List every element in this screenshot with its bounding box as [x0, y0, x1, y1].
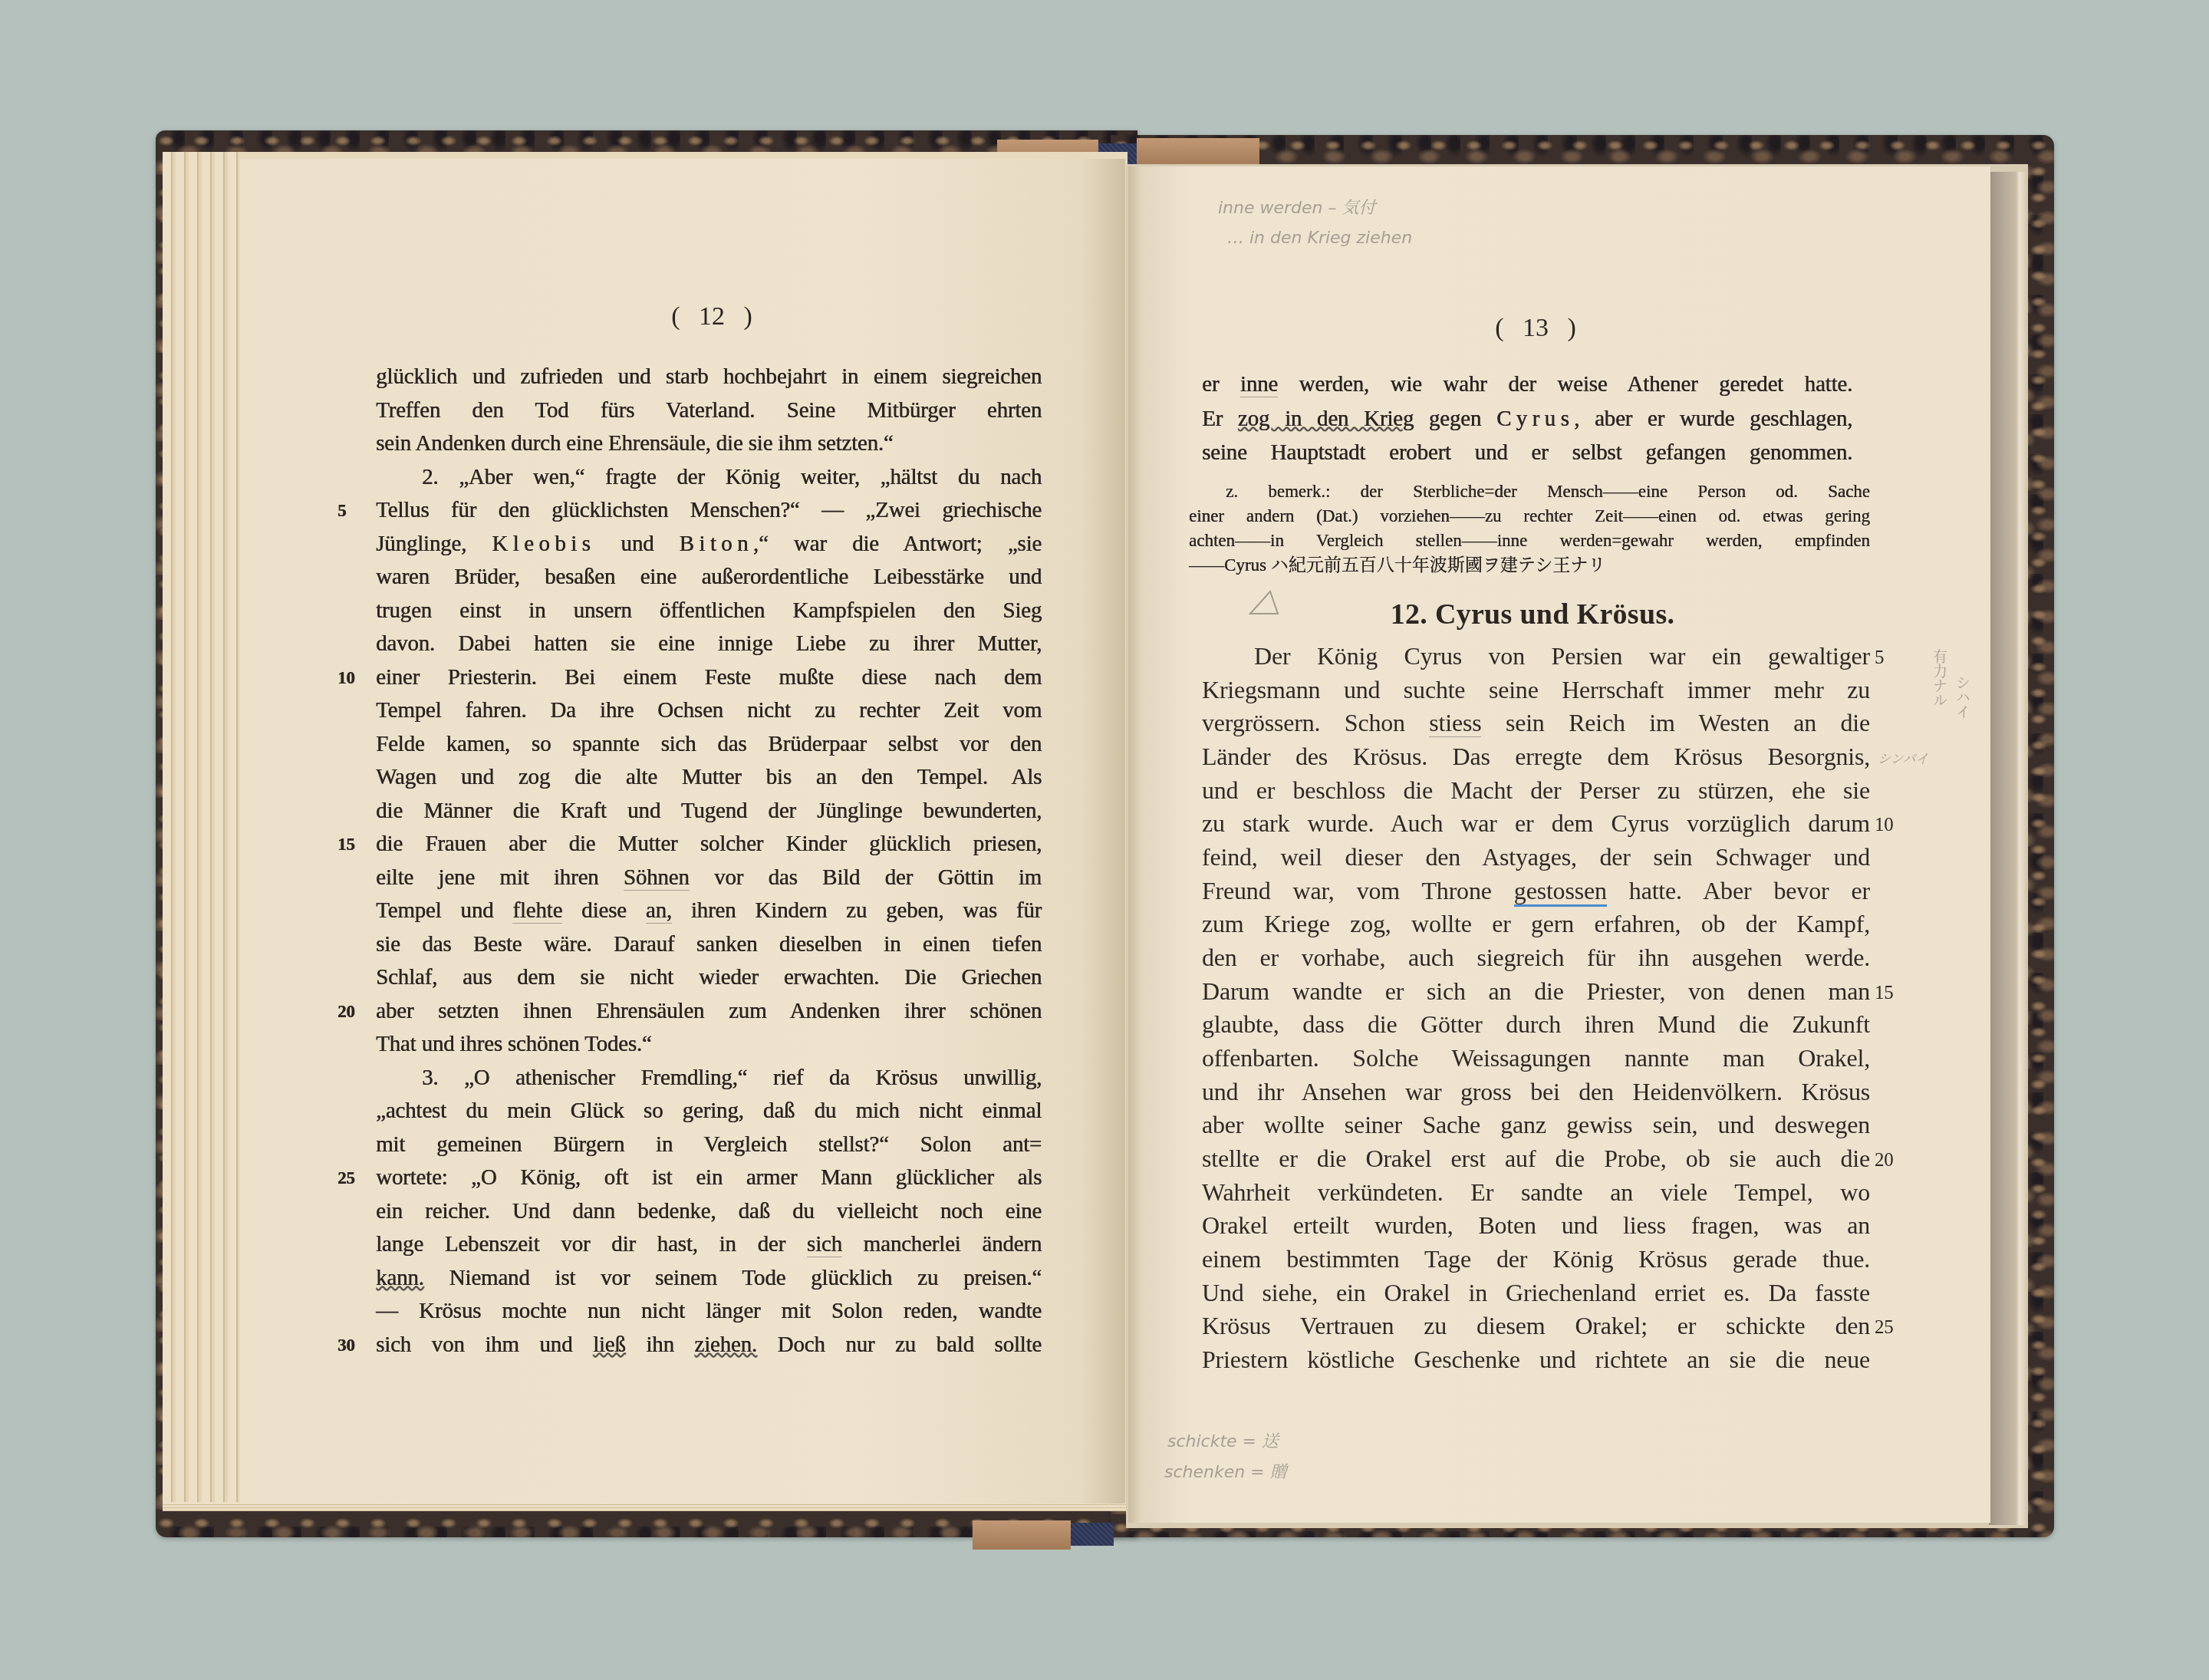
- line-text: Orakel erteilt wurden, Boten und liess f…: [1202, 1211, 1870, 1239]
- left-page-text: glücklich und zufrieden und starb hochbe…: [376, 361, 1042, 1362]
- text-line: Länder des Krösus. Das erregte dem Krösu…: [1202, 740, 1870, 774]
- line-text: Freund war, vom Throne gestossen hatte. …: [1202, 877, 1870, 907]
- text-line: Tempel und flehte diese an, ihren Kinder…: [376, 894, 1042, 928]
- line-text: vergrössern. Schon stiess sein Reich im …: [1202, 709, 1870, 737]
- line-text: lange Lebenszeit vor dir hast, in der si…: [376, 1232, 1042, 1257]
- marked-word: Cyrus: [1496, 407, 1574, 431]
- page-edges-right: [1989, 172, 2027, 1525]
- line-text: Und siehe, ein Orakel in Griechenland er…: [1202, 1279, 1870, 1306]
- line-text: aber setzten ihnen Ehrensäulen zum Anden…: [376, 999, 1042, 1023]
- marked-word: gestossen: [1514, 877, 1607, 907]
- line-text: zu stark wurde. Auch war er dem Cyrus vo…: [1202, 809, 1870, 837]
- text-line: und er beschloss die Macht der Perser zu…: [1202, 774, 1870, 808]
- text-line: achten——in Vergleich stellen——inne werde…: [1189, 529, 1870, 553]
- line-text: stellte er die Orakel erst auf die Probe…: [1202, 1145, 1870, 1172]
- text-line: seine Hauptstadt erobert und er selbst g…: [1202, 436, 1852, 470]
- pencil-note: inne werden – 気付: [1218, 195, 1376, 219]
- line-text: den er vorhabe, auch siegreich für ihn a…: [1202, 944, 1870, 971]
- pencil-margin-note: シンパイ: [1878, 748, 1928, 767]
- marked-word: Biton: [679, 532, 752, 556]
- text-line: ——Cyrus ハ紀元前五百八十年波斯國ヲ建テシ王ナリ: [1189, 553, 1870, 578]
- marked-word: flehte: [512, 898, 562, 924]
- text-line: glaubte, dass die Götter durch ihren Mun…: [1202, 1008, 1870, 1042]
- text-line: 20aber setzten ihnen Ehrensäulen zum And…: [376, 995, 1042, 1029]
- line-text: That und ihres schönen Todes.“: [376, 1032, 652, 1056]
- line-text: die Männer die Kraft und Tugend der Jüng…: [376, 799, 1042, 823]
- line-number: 5: [337, 494, 368, 528]
- line-text: Wahrheit verkündeten. Er sandte an viele…: [1202, 1178, 1870, 1206]
- text-line: vergrössern. Schon stiess sein Reich im …: [1202, 707, 1870, 740]
- line-text: 3. „O athenischer Fremdling,“ rief da Kr…: [422, 1066, 1042, 1090]
- text-line: waren Brüder, besaßen eine außerordentli…: [376, 561, 1042, 595]
- page-edges-left: [163, 152, 239, 1511]
- text-line: den er vorhabe, auch siegreich für ihn a…: [1202, 941, 1870, 975]
- text-line: einer andern (Dat.) vorziehen——zu rechte…: [1189, 504, 1870, 529]
- line-text: mit gemeinen Bürgern in Vergleich stells…: [376, 1132, 1042, 1157]
- line-number: 15: [1875, 977, 1898, 1010]
- marked-word: Söhnen: [624, 865, 690, 891]
- line-text: er inne werden, wie wahr der weise Athen…: [1202, 372, 1852, 397]
- marked-word: zog in den Krieg: [1238, 407, 1414, 431]
- line-text: Priestern köstliche Geschenke und richte…: [1202, 1346, 1870, 1373]
- line-text: glaubte, dass die Götter durch ihren Mun…: [1202, 1010, 1870, 1038]
- text-line: aber wollte seiner Sache ganz gewiss sei…: [1202, 1108, 1870, 1142]
- line-text: Jünglinge, Kleobis und Biton,“ war die A…: [376, 532, 1042, 556]
- pencil-note: schickte = 送: [1167, 1428, 1279, 1452]
- marked-word: Kleobis: [492, 532, 595, 556]
- line-text: achten——in Vergleich stellen——inne werde…: [1189, 531, 1870, 550]
- text-line: lange Lebenszeit vor dir hast, in der si…: [376, 1228, 1042, 1262]
- spine-cloth-top-right: [1137, 138, 1259, 167]
- text-line: und ihr Ansehen war gross bei den Heiden…: [1202, 1076, 1870, 1109]
- line-text: sein Andenken durch eine Ehrensäule, die…: [376, 431, 894, 456]
- text-line: 10einer Priesterin. Bei einem Feste mußt…: [376, 661, 1042, 695]
- line-number: 10: [337, 661, 368, 695]
- text-line: offenbarten. Solche Weissagungen nannte …: [1202, 1042, 1870, 1076]
- text-line: kann. Niemand ist vor seinem Tode glückl…: [376, 1262, 1042, 1296]
- line-text: „achtest du mein Glück so gering, daß du…: [376, 1099, 1042, 1123]
- spine-cloth-bottom-left: [973, 1520, 1071, 1550]
- line-text: aber wollte seiner Sache ganz gewiss sei…: [1202, 1111, 1870, 1138]
- pencil-note: schenken = 贈: [1164, 1459, 1287, 1483]
- line-text: Schlaf, aus dem sie nicht wieder erwacht…: [376, 965, 1042, 990]
- text-line: einem bestimmten Tage der König Krösus g…: [1202, 1243, 1870, 1276]
- line-text: Er zog in den Krieg gegen Cyrus, aber er…: [1202, 407, 1852, 431]
- line-text: ——Cyrus ハ紀元前五百八十年波斯國ヲ建テシ王ナリ: [1189, 555, 1605, 575]
- text-line: Kriegsmann und suchte seine Herrschaft i…: [1202, 674, 1870, 707]
- text-line: Treffen den Tod fürs Vaterland. Seine Mi…: [376, 394, 1042, 428]
- line-text: Tempel und flehte diese an, ihren Kinder…: [376, 898, 1042, 924]
- text-line: — Krösus mochte nun nicht länger mit Sol…: [376, 1295, 1042, 1329]
- pencil-margin-note: シハイ: [1952, 675, 1973, 719]
- text-line: „achtest du mein Glück so gering, daß du…: [376, 1095, 1042, 1128]
- text-line: 10zu stark wurde. Auch war er dem Cyrus …: [1202, 807, 1870, 841]
- line-number: 20: [1875, 1144, 1898, 1178]
- text-line: mit gemeinen Bürgern in Vergleich stells…: [376, 1128, 1042, 1162]
- line-text: sich von ihm und ließ ihn ziehen. Doch n…: [376, 1332, 1042, 1357]
- line-number: 15: [337, 828, 368, 861]
- text-line: 2. „Aber wen,“ fragte der König weiter, …: [376, 461, 1042, 495]
- text-line: davon. Dabei hatten sie eine innige Lieb…: [376, 628, 1042, 661]
- marked-word: ließ: [593, 1332, 626, 1357]
- line-text: zum Kriege zog, wollte er gern erfahren,…: [1202, 910, 1870, 937]
- pencil-margin-note: 有力ナル: [1929, 649, 1950, 707]
- text-line: Orakel erteilt wurden, Boten und liess f…: [1202, 1209, 1870, 1243]
- text-line: ein reicher. Und dann bedenke, daß du vi…: [376, 1195, 1042, 1229]
- text-line: er inne werden, wie wahr der weise Athen…: [1202, 367, 1852, 402]
- line-text: Treffen den Tod fürs Vaterland. Seine Mi…: [376, 398, 1042, 423]
- text-line: 20stellte er die Orakel erst auf die Pro…: [1202, 1142, 1870, 1176]
- line-text: — Krösus mochte nun nicht länger mit Sol…: [376, 1299, 1042, 1323]
- page-number-12: ( 12 ): [635, 299, 788, 334]
- text-line: Wahrheit verkündeten. Er sandte an viele…: [1202, 1176, 1870, 1210]
- line-text: einer Priesterin. Bei einem Feste mußte …: [376, 665, 1042, 690]
- line-text: Kriegsmann und suchte seine Herrschaft i…: [1202, 676, 1870, 703]
- line-text: Der König Cyrus von Persien war ein gewa…: [1254, 642, 1870, 670]
- page-number-13: ( 13 ): [1459, 311, 1612, 346]
- right-page-body: 5Der König Cyrus von Persien war ein gew…: [1202, 640, 1870, 1377]
- vocabulary-notes: z. bemerk.: der Sterbliche=der Mensch——e…: [1189, 479, 1870, 578]
- line-text: kann. Niemand ist vor seinem Tode glückl…: [376, 1266, 1042, 1290]
- line-number: 10: [1875, 809, 1898, 842]
- text-line: 30sich von ihm und ließ ihn ziehen. Doch…: [376, 1329, 1042, 1362]
- line-text: z. bemerk.: der Sterbliche=der Mensch——e…: [1226, 482, 1870, 501]
- line-text: Felde kamen, so spannte sich das Brüderp…: [376, 732, 1042, 756]
- text-line: trugen einst in unsern öffentlichen Kamp…: [376, 595, 1042, 628]
- line-text: wortete: „O König, oft ist ein armer Man…: [376, 1165, 1042, 1190]
- text-line: Wagen und zog die alte Mutter bis an den…: [376, 761, 1042, 795]
- text-line: zum Kriege zog, wollte er gern erfahren,…: [1202, 908, 1870, 941]
- line-text: seine Hauptstadt erobert und er selbst g…: [1202, 440, 1852, 465]
- text-line: 25wortete: „O König, oft ist ein armer M…: [376, 1161, 1042, 1195]
- line-text: 2. „Aber wen,“ fragte der König weiter, …: [422, 465, 1042, 489]
- text-line: Und siehe, ein Orakel in Griechenland er…: [1202, 1276, 1870, 1310]
- line-text: Tellus für den glücklichsten Menschen?“ …: [376, 498, 1042, 522]
- marked-word: ziehen.: [694, 1332, 757, 1357]
- text-line: sein Andenken durch eine Ehrensäule, die…: [376, 427, 1042, 461]
- text-line: eilte jene mit ihren Söhnen vor das Bild…: [376, 861, 1042, 895]
- line-text: und ihr Ansehen war gross bei den Heiden…: [1202, 1078, 1870, 1105]
- text-line: 25Krösus Vertrauen zu diesem Orakel; er …: [1202, 1309, 1870, 1343]
- right-page-continuation: er inne werden, wie wahr der weise Athen…: [1202, 367, 1852, 470]
- text-line: Tempel fahren. Da ihre Ochsen nicht zu r…: [376, 694, 1042, 728]
- line-text: Tempel fahren. Da ihre Ochsen nicht zu r…: [376, 698, 1042, 723]
- text-line: That und ihres schönen Todes.“: [376, 1028, 1042, 1062]
- text-line: 15die Frauen aber die Mutter solcher Kin…: [376, 828, 1042, 861]
- text-line: die Männer die Kraft und Tugend der Jüng…: [376, 795, 1042, 828]
- line-number: 30: [337, 1329, 368, 1362]
- line-number: 20: [337, 995, 368, 1029]
- line-text: waren Brüder, besaßen eine außerordentli…: [376, 565, 1042, 589]
- line-text: und er beschloss die Macht der Perser zu…: [1202, 776, 1870, 804]
- text-line: Schlaf, aus dem sie nicht wieder erwacht…: [376, 961, 1042, 995]
- pencil-note: … in den Krieg ziehen: [1227, 229, 1412, 248]
- line-text: trugen einst in unsern öffentlichen Kamp…: [376, 598, 1042, 623]
- line-text: offenbarten. Solche Weissagungen nannte …: [1202, 1044, 1870, 1072]
- line-text: Länder des Krösus. Das erregte dem Krösu…: [1202, 743, 1870, 770]
- text-line: Freund war, vom Throne gestossen hatte. …: [1202, 875, 1870, 908]
- text-line: sie das Beste wäre. Darauf sanken diesel…: [376, 928, 1042, 962]
- text-line: Er zog in den Krieg gegen Cyrus, aber er…: [1202, 402, 1852, 436]
- marked-word: kann.: [376, 1266, 424, 1290]
- text-line: feind, weil dieser den Astyages, der sei…: [1202, 841, 1870, 875]
- line-number: 25: [1875, 1311, 1898, 1345]
- text-line: glücklich und zufrieden und starb hochbe…: [376, 361, 1042, 394]
- line-text: eilte jene mit ihren Söhnen vor das Bild…: [376, 865, 1042, 891]
- text-line: 15Darum wandte er sich an die Priester, …: [1202, 975, 1870, 1009]
- line-text: Krösus Vertrauen zu diesem Orakel; er sc…: [1202, 1312, 1870, 1339]
- line-text: Darum wandte er sich an die Priester, vo…: [1202, 977, 1870, 1005]
- text-line: 5Der König Cyrus von Persien war ein gew…: [1202, 640, 1870, 674]
- line-text: glücklich und zufrieden und starb hochbe…: [376, 364, 1042, 389]
- line-text: einer andern (Dat.) vorziehen——zu rechte…: [1189, 506, 1870, 525]
- text-line: 3. „O athenischer Fremdling,“ rief da Kr…: [376, 1062, 1042, 1095]
- marked-word: inne: [1240, 372, 1278, 397]
- text-line: 5Tellus für den glücklichsten Menschen?“…: [376, 494, 1042, 528]
- marked-word: stiess: [1429, 709, 1481, 737]
- line-text: ein reicher. Und dann bedenke, daß du vi…: [376, 1199, 1042, 1224]
- line-text: feind, weil dieser den Astyages, der sei…: [1202, 843, 1870, 871]
- line-text: sie das Beste wäre. Darauf sanken diesel…: [376, 932, 1042, 957]
- line-text: die Frauen aber die Mutter solcher Kinde…: [376, 832, 1042, 856]
- line-text: davon. Dabei hatten sie eine innige Lieb…: [376, 631, 1042, 656]
- text-line: Felde kamen, so spannte sich das Brüderp…: [376, 728, 1042, 762]
- text-line: Priestern köstliche Geschenke und richte…: [1202, 1343, 1870, 1377]
- line-number: 25: [337, 1161, 368, 1195]
- chapter-heading: 12. Cyrus und Krösus.: [1371, 597, 1694, 632]
- pencil-triangle-mark-icon: [1247, 589, 1281, 617]
- marked-word: an,: [646, 898, 672, 924]
- line-text: einem bestimmten Tage der König Krösus g…: [1202, 1245, 1870, 1273]
- text-line: z. bemerk.: der Sterbliche=der Mensch——e…: [1189, 479, 1870, 504]
- marked-word: sich: [807, 1232, 842, 1257]
- line-text: Wagen und zog die alte Mutter bis an den…: [376, 765, 1042, 789]
- text-line: Jünglinge, Kleobis und Biton,“ war die A…: [376, 528, 1042, 562]
- line-number: 5: [1875, 641, 1898, 675]
- spine-cloth-bottom-blue: [1071, 1523, 1114, 1546]
